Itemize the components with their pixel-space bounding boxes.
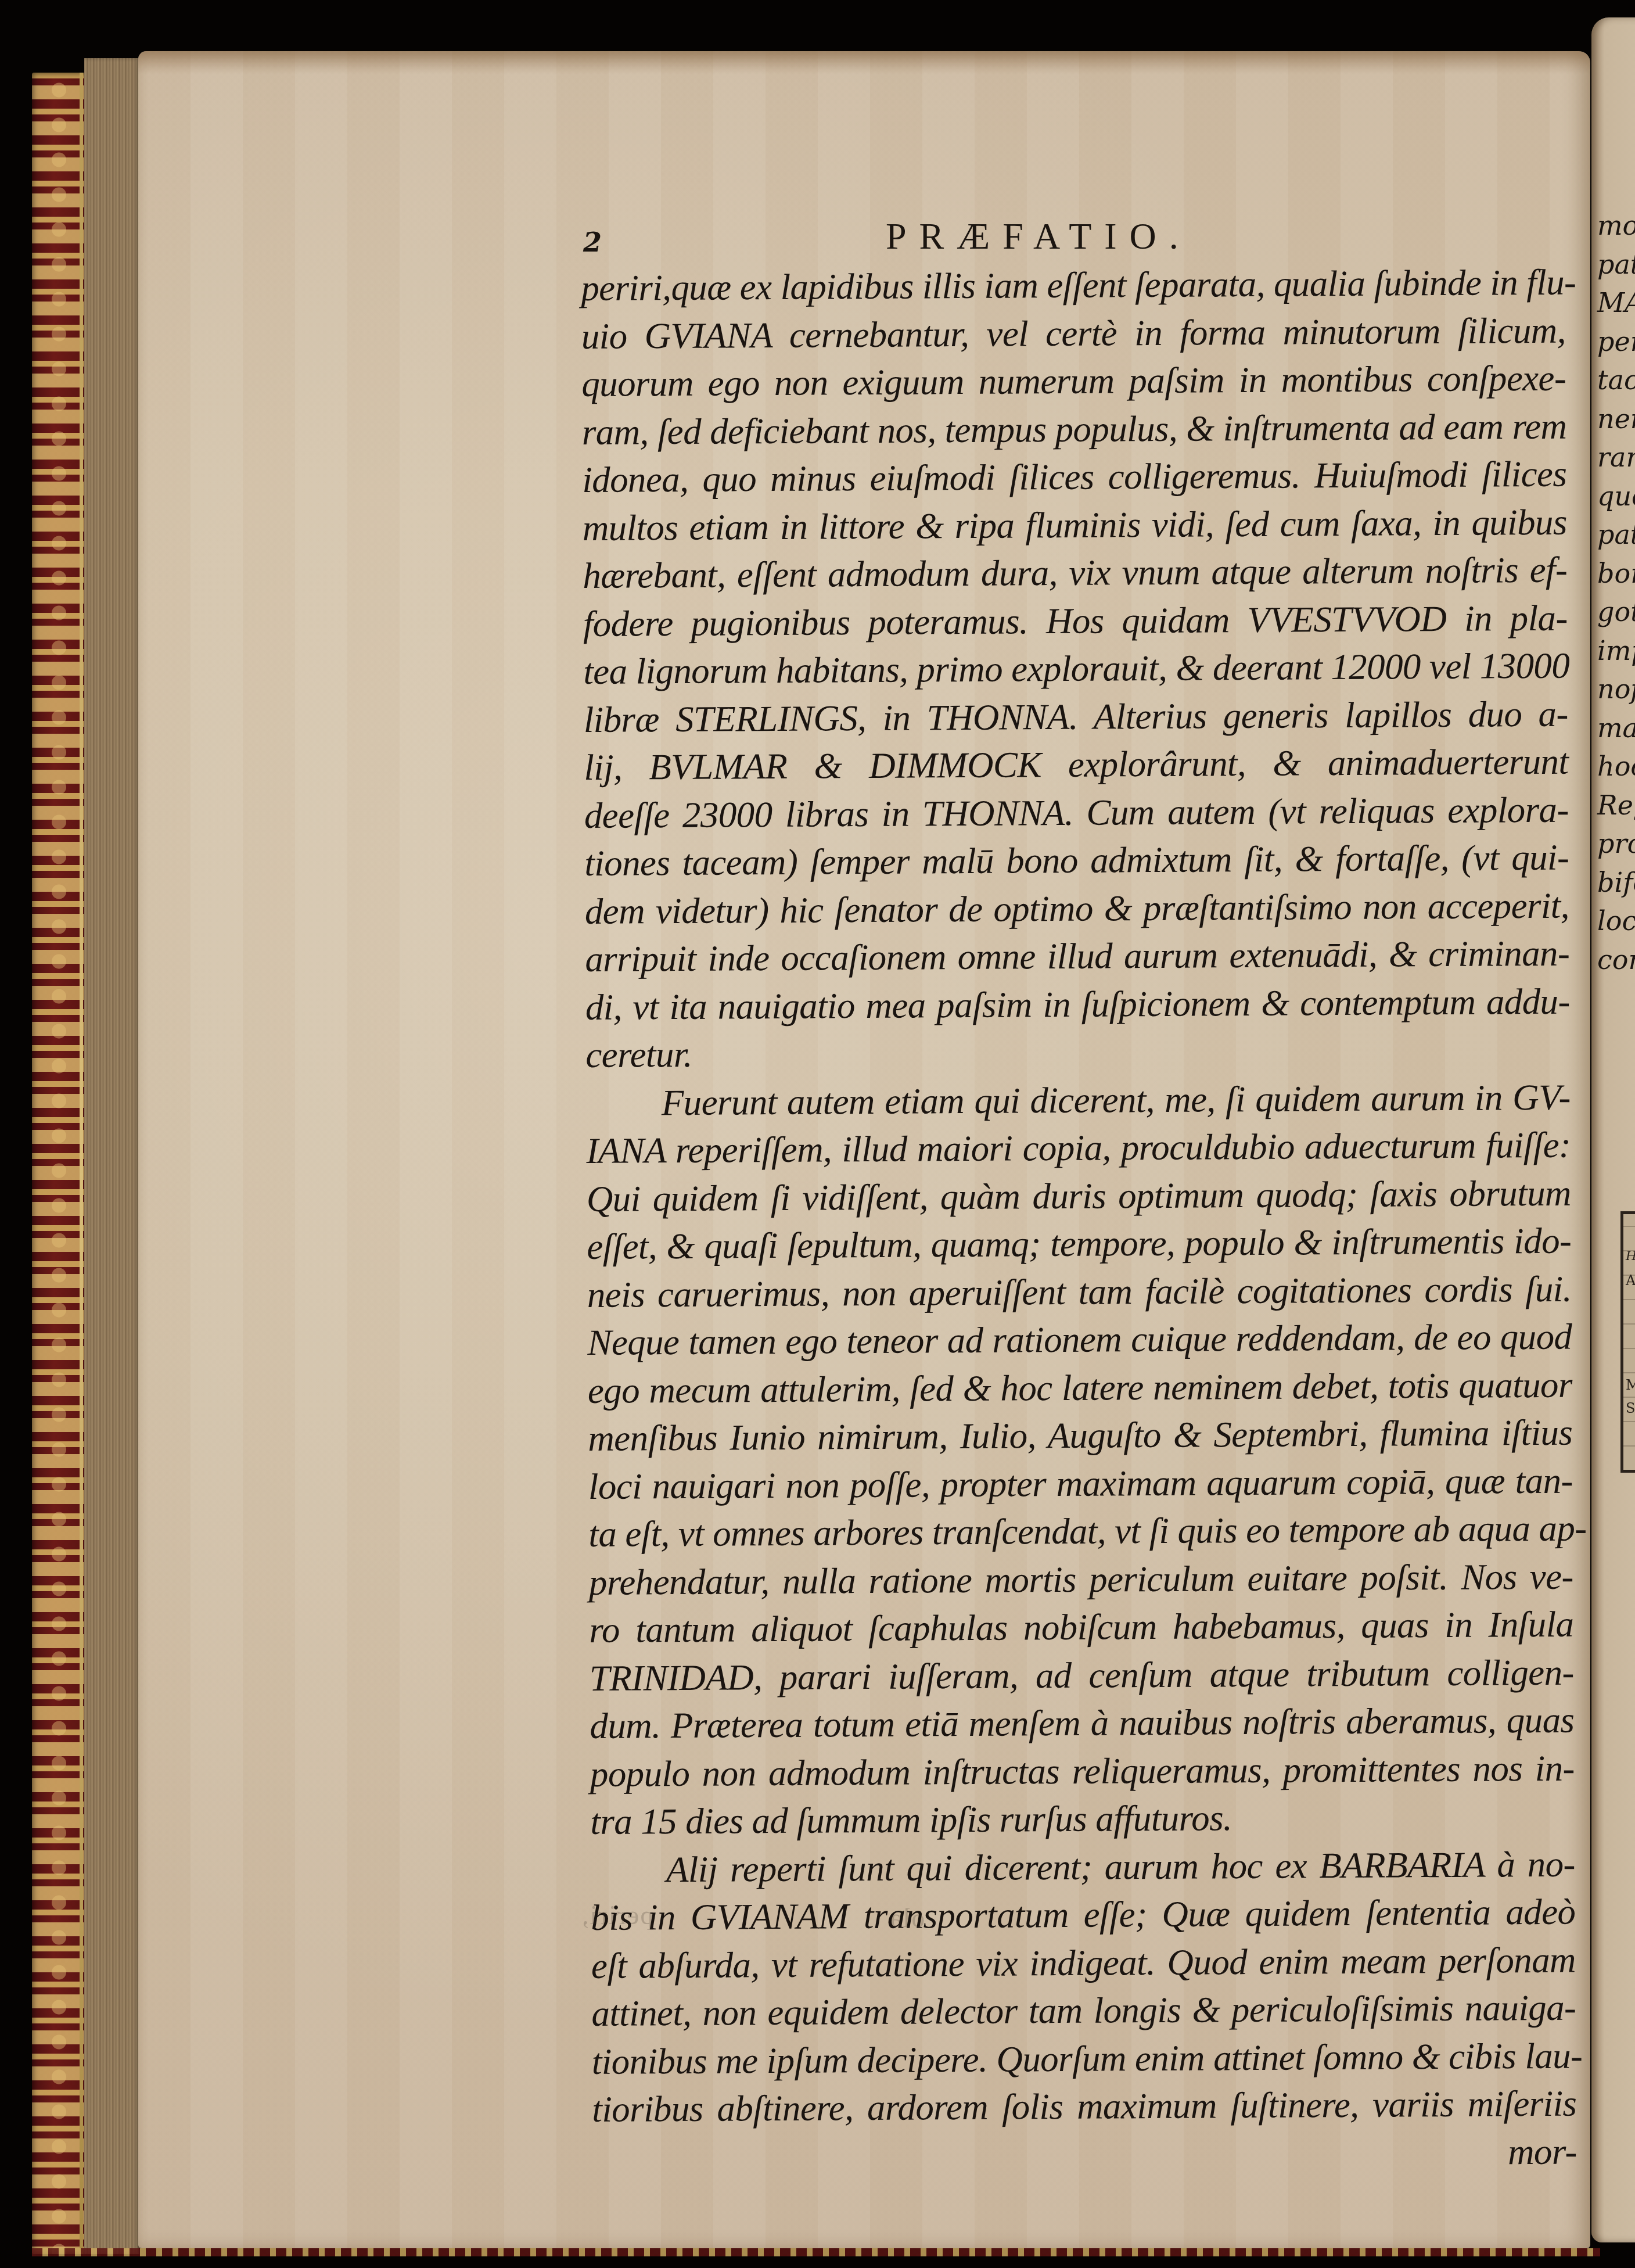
text-line: tionibus me ipſum decipere. Quorſum enim… — [592, 2032, 1576, 2086]
text-line: TRINIDAD, parari iuſſeram, ad cenſum atq… — [590, 1648, 1574, 1702]
text-line: quorum ego non exiguum numerum paſsim in… — [581, 354, 1566, 408]
text-line: ego mecum attulerim, ſed & hoc latere ne… — [588, 1361, 1572, 1415]
text-line: tioribus abſtinere, ardorem ſolis maximu… — [592, 2080, 1576, 2134]
right-page-line-fragment: MARC — [1597, 283, 1635, 322]
text-line: Qui quidem ſi vidiſſent, quàm duris opti… — [587, 1169, 1571, 1223]
map-label: MEXICA — [1626, 1377, 1635, 1393]
text-line: arripuit inde occaſionem omne illud auru… — [585, 930, 1569, 984]
right-page-line-fragment: patriæ p — [1597, 515, 1635, 554]
text-line: periri,quæ ex lapidibus illis iam eſſent… — [581, 259, 1565, 313]
right-page-line-fragment: biferat — [1597, 863, 1635, 902]
text-line: Fuerunt autem etiam qui dicerent, me, ſi… — [586, 1073, 1571, 1127]
running-head: PRÆFATIO. — [886, 215, 1191, 258]
text-line: populo non admodum inſtructas reliqueram… — [590, 1744, 1575, 1798]
right-page-line-fragment: loci præ — [1597, 902, 1635, 941]
text-line: dem videtur) hic ſenator de optimo & præ… — [585, 881, 1569, 935]
right-page-line-fragment: que ſum — [1597, 477, 1635, 516]
right-page-line-fragment: imperio — [1597, 631, 1635, 670]
right-page-line-fragment: bona cor — [1597, 554, 1635, 593]
text-line: ram, ſed deficiebant nos, tempus populus… — [582, 402, 1566, 456]
text-line: attinet, non equidem delector tam longis… — [591, 1984, 1576, 2038]
text-line: eſt abſurda, vt refutatione vix indigeat… — [591, 1936, 1576, 1990]
text-line: lij, BVLMAR & DIMMOCK explorârunt, & ani… — [584, 738, 1568, 792]
text-line: multos etiam in littore & ripa fluminis … — [583, 498, 1567, 552]
text-line: Alij reperti ſunt qui dicerent; aurum ho… — [591, 1840, 1575, 1894]
text-line: menſibus Iunio nimirum, Iulio, Auguſto &… — [588, 1409, 1572, 1463]
text-line: neis caruerimus, non aperuiſſent tam fac… — [587, 1265, 1572, 1319]
right-page-line-fragment: maturè — [1597, 709, 1635, 748]
text-line: IANA reperiſſem, illud maiori copia, pro… — [586, 1121, 1571, 1175]
text-line: uio GVIANA cernebantur, vel certè in for… — [581, 306, 1566, 360]
text-line: eſſet, & quaſi ſepultum, quamq; tempore,… — [587, 1217, 1571, 1271]
text-line: ta eſt, vt omnes arbores tranſcendat, vt… — [588, 1505, 1573, 1559]
text-line: tea lignorum habitans, primo explorauit,… — [583, 642, 1568, 696]
right-page-line-fragment: neminer — [1597, 400, 1635, 439]
text-line: dum. Præterea totum etiā menſem à nauibu… — [590, 1696, 1574, 1750]
right-page-line-fragment: pati, & — [1597, 245, 1635, 284]
text-line: ceretur. — [585, 1025, 1570, 1079]
page-fore-edge-stack — [84, 58, 139, 2254]
cover-gilt-border — [80, 73, 83, 2254]
text-line: fodere pugionibus poteramus. Hos quidam … — [583, 594, 1568, 648]
map-label: AVACA — [1626, 1272, 1635, 1289]
text-line: loci nauigari non poſſe, propter maximam… — [588, 1456, 1573, 1510]
text-line: prehendatur, nulla ratione mortis pericu… — [589, 1552, 1573, 1606]
right-page-line-fragment: noſtram — [1597, 670, 1635, 709]
right-page-line-fragment: morbis — [1597, 206, 1635, 245]
text-line: ro tantum aliquot ſcaphulas nobiſcum hab… — [589, 1600, 1573, 1655]
map-label: Hochelag — [1626, 1249, 1635, 1264]
right-page-line-fragment: gotiatio — [1597, 593, 1635, 631]
text-line: deeſſe 23000 libras in THONNA. Cum autem… — [584, 785, 1569, 839]
body-text: periri,quæ ex lapidibus illis iam eſſent… — [581, 259, 1577, 2181]
text-line: libræ STERLINGS, in THONNA. Alterius gen… — [584, 690, 1568, 744]
text-line: hærebant, eſſent admodum dura, vix vnum … — [583, 546, 1567, 600]
book-cover-leather — [32, 73, 87, 2254]
show-through-text: periri, — [581, 1900, 653, 1930]
text-line: tiones taceam) ſemper malū bono admixtum… — [584, 834, 1569, 888]
right-page-text-fragments: morbispati, &MARCperferantacenteneminerr… — [1597, 206, 1635, 979]
bottom-gilt-edge — [32, 2248, 1600, 2256]
engraved-map-fragment: Hochelag AVACA MEXICA SINVS — [1620, 1211, 1635, 1473]
catchword: mor- — [592, 2127, 1577, 2181]
right-page-line-fragment: probauc — [1597, 824, 1635, 863]
right-page-partial: morbispati, &MARCperferantacenteneminerr… — [1591, 17, 1635, 2242]
text-line: tra 15 dies ad ſummum ipſis rurſus affut… — [590, 1792, 1575, 1846]
right-page-line-fragment: comme — [1597, 941, 1635, 979]
right-page-line-fragment: hoc Reg — [1597, 747, 1635, 786]
text-line: di, vt ita nauigatio mea paſsim in ſuſpi… — [585, 977, 1570, 1031]
text-line: bis in GVIANAM transportatum eſſe; Quæ q… — [591, 1888, 1575, 1942]
text-line: Neque tamen ego teneor ad rationem cuiqu… — [587, 1313, 1572, 1367]
book-scene: morbispati, &MARCperferantacenteneminerr… — [0, 0, 1635, 2268]
page-number: 2 — [583, 227, 602, 258]
right-page-line-fragment: rare poſſ — [1597, 438, 1635, 477]
text-line: idonea, quo minus eiuſmodi ſilices colli… — [582, 450, 1566, 504]
right-page-line-fragment: Regiæ M — [1597, 786, 1635, 825]
map-label: SINVS — [1626, 1400, 1635, 1416]
show-through-text: ola — [889, 1903, 925, 1933]
right-page-line-fragment: perferan — [1597, 322, 1635, 361]
right-page-line-fragment: tacente — [1597, 361, 1635, 400]
page-top-stain — [138, 51, 1590, 74]
